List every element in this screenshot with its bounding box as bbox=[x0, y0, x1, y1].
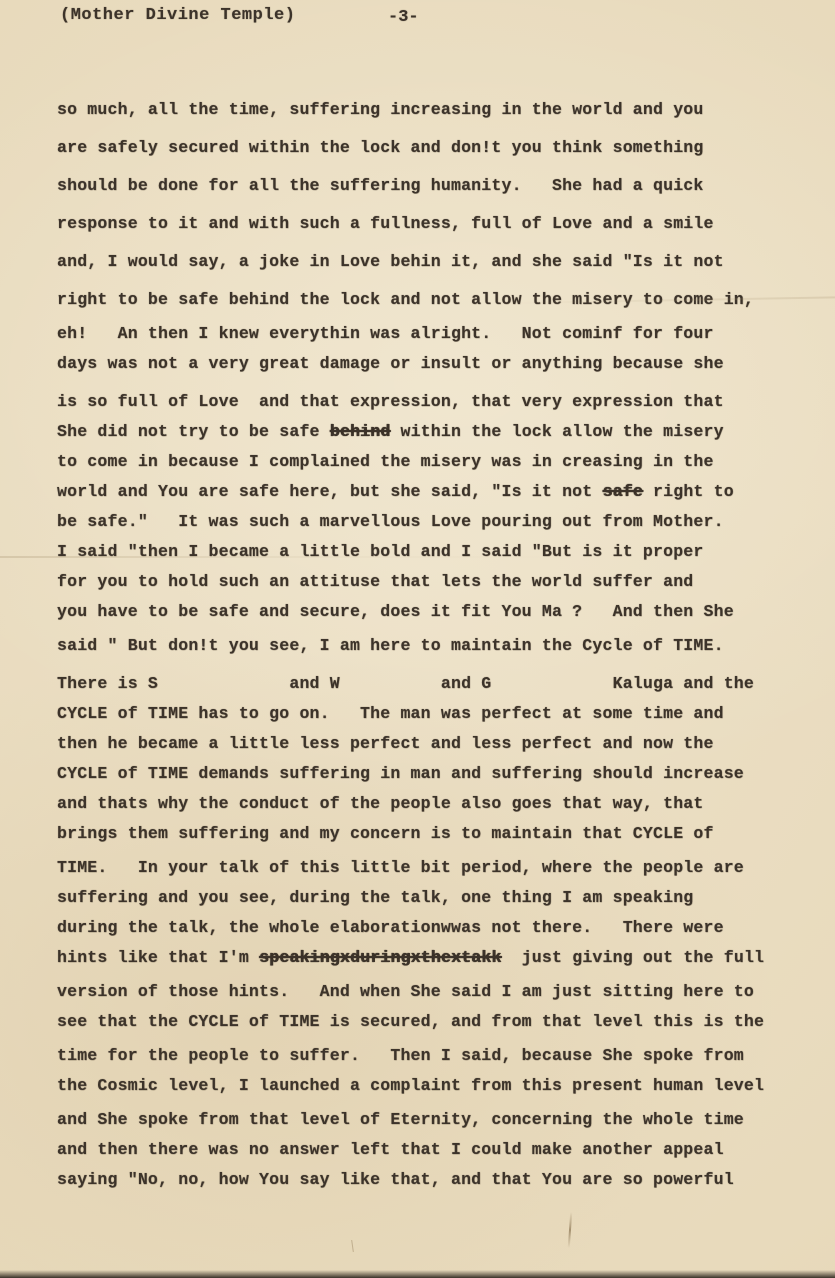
text-segment: version of those hints. And when She sai… bbox=[57, 982, 754, 1001]
text-segment: are safely secured within the lock and d… bbox=[57, 138, 704, 157]
text-line: time for the people to suffer. Then I sa… bbox=[57, 1046, 797, 1066]
text-line: said " But don!t you see, I am here to m… bbox=[57, 636, 797, 656]
text-segment: world and You are safe here, but she sai… bbox=[57, 482, 603, 501]
text-segment: CYCLE of TIME demands suffering in man a… bbox=[57, 764, 744, 783]
struck-text: behind bbox=[330, 422, 391, 441]
text-line: for you to hold such an attituse that le… bbox=[57, 572, 797, 592]
struck-text: safe bbox=[603, 482, 643, 501]
text-line: see that the CYCLE of TIME is secured, a… bbox=[57, 1012, 797, 1032]
text-segment: There is S and W and G Kaluga and the bbox=[57, 674, 754, 693]
text-line: hints like that I'm speakingxduringxthex… bbox=[57, 948, 797, 968]
text-line: and then there was no answer left that I… bbox=[57, 1140, 797, 1160]
text-line: the Cosmic level, I launched a complaint… bbox=[57, 1076, 797, 1096]
text-line: She did not try to be safe behind within… bbox=[57, 422, 797, 442]
crease-mark bbox=[568, 1212, 573, 1248]
document-body: so much, all the time, suffering increas… bbox=[57, 100, 797, 1190]
text-segment: time for the people to suffer. Then I sa… bbox=[57, 1046, 744, 1065]
text-segment: CYCLE of TIME has to go on. The man was … bbox=[57, 704, 724, 723]
text-segment: within the lock allow the misery bbox=[390, 422, 723, 441]
text-segment: eh! An then I knew everythin was alright… bbox=[57, 324, 714, 343]
struck-text: speakingxduringxthextakk bbox=[259, 948, 501, 967]
text-segment: you have to be safe and secure, does it … bbox=[57, 602, 734, 621]
text-line: and She spoke from that level of Eternit… bbox=[57, 1110, 797, 1130]
text-line: suffering and you see, during the talk, … bbox=[57, 888, 797, 908]
text-segment: just giving out the full bbox=[502, 948, 765, 967]
document-page: (Mother Divine Temple) -3- so much, all … bbox=[0, 0, 835, 1278]
text-line: CYCLE of TIME has to go on. The man was … bbox=[57, 704, 797, 724]
text-line: during the talk, the whole elaborationww… bbox=[57, 918, 797, 938]
text-line: I said "then I became a little bold and … bbox=[57, 542, 797, 562]
text-segment: and She spoke from that level of Eternit… bbox=[57, 1110, 744, 1129]
text-segment: brings them suffering and my concern is … bbox=[57, 824, 714, 843]
text-segment: days was not a very great damage or insu… bbox=[57, 354, 724, 373]
text-line: should be done for all the suffering hum… bbox=[57, 176, 797, 196]
text-segment: during the talk, the whole elaborationww… bbox=[57, 918, 724, 937]
text-segment: and, I would say, a joke in Love behin i… bbox=[57, 252, 724, 271]
text-line: days was not a very great damage or insu… bbox=[57, 354, 797, 374]
text-segment: and thats why the conduct of the people … bbox=[57, 794, 704, 813]
text-line: you have to be safe and secure, does it … bbox=[57, 602, 797, 622]
text-segment: suffering and you see, during the talk, … bbox=[57, 888, 693, 907]
text-segment: and then there was no answer left that I… bbox=[57, 1140, 724, 1159]
text-segment: saying "No, no, how You say like that, a… bbox=[57, 1170, 734, 1189]
document-title: (Mother Divine Temple) bbox=[60, 6, 295, 25]
text-segment: TIME. In your talk of this little bit pe… bbox=[57, 858, 744, 877]
text-segment: right to be safe behind the lock and not… bbox=[57, 290, 754, 309]
text-line: so much, all the time, suffering increas… bbox=[57, 100, 797, 120]
text-line: TIME. In your talk of this little bit pe… bbox=[57, 858, 797, 878]
text-segment: response to it and with such a fullness,… bbox=[57, 214, 714, 233]
page-header: (Mother Divine Temple) -3- bbox=[0, 0, 835, 32]
text-line: world and You are safe here, but she sai… bbox=[57, 482, 797, 502]
text-segment: for you to hold such an attituse that le… bbox=[57, 572, 693, 591]
text-line: brings them suffering and my concern is … bbox=[57, 824, 797, 844]
text-segment: should be done for all the suffering hum… bbox=[57, 176, 704, 195]
text-segment: right to bbox=[643, 482, 734, 501]
text-line: and thats why the conduct of the people … bbox=[57, 794, 797, 814]
text-line: be safe." It was such a marvellous Love … bbox=[57, 512, 797, 532]
text-line: and, I would say, a joke in Love behin i… bbox=[57, 252, 797, 272]
text-segment: I said "then I became a little bold and … bbox=[57, 542, 704, 561]
text-line: then he became a little less perfect and… bbox=[57, 734, 797, 754]
text-line: CYCLE of TIME demands suffering in man a… bbox=[57, 764, 797, 784]
text-segment: She did not try to be safe bbox=[57, 422, 330, 441]
text-line: are safely secured within the lock and d… bbox=[57, 138, 797, 158]
text-segment: be safe." It was such a marvellous Love … bbox=[57, 512, 724, 531]
text-line: right to be safe behind the lock and not… bbox=[57, 290, 797, 310]
page-number: -3- bbox=[388, 8, 419, 27]
text-line: is so full of Love and that expression, … bbox=[57, 392, 797, 412]
text-segment: then he became a little less perfect and… bbox=[57, 734, 714, 753]
text-line: response to it and with such a fullness,… bbox=[57, 214, 797, 234]
text-segment: hints like that I'm bbox=[57, 948, 259, 967]
text-segment: to come in because I complained the mise… bbox=[57, 452, 714, 471]
text-segment: so much, all the time, suffering increas… bbox=[57, 100, 704, 119]
text-segment: the Cosmic level, I launched a complaint… bbox=[57, 1076, 764, 1095]
text-line: eh! An then I knew everythin was alright… bbox=[57, 324, 797, 344]
text-segment: see that the CYCLE of TIME is secured, a… bbox=[57, 1012, 764, 1031]
text-line: to come in because I complained the mise… bbox=[57, 452, 797, 472]
text-line: There is S and W and G Kaluga and the bbox=[57, 674, 797, 694]
text-segment: is so full of Love and that expression, … bbox=[57, 392, 724, 411]
text-line: version of those hints. And when She sai… bbox=[57, 982, 797, 1002]
text-segment: said " But don!t you see, I am here to m… bbox=[57, 636, 724, 655]
crease-mark bbox=[351, 1240, 354, 1252]
text-line: saying "No, no, how You say like that, a… bbox=[57, 1170, 797, 1190]
